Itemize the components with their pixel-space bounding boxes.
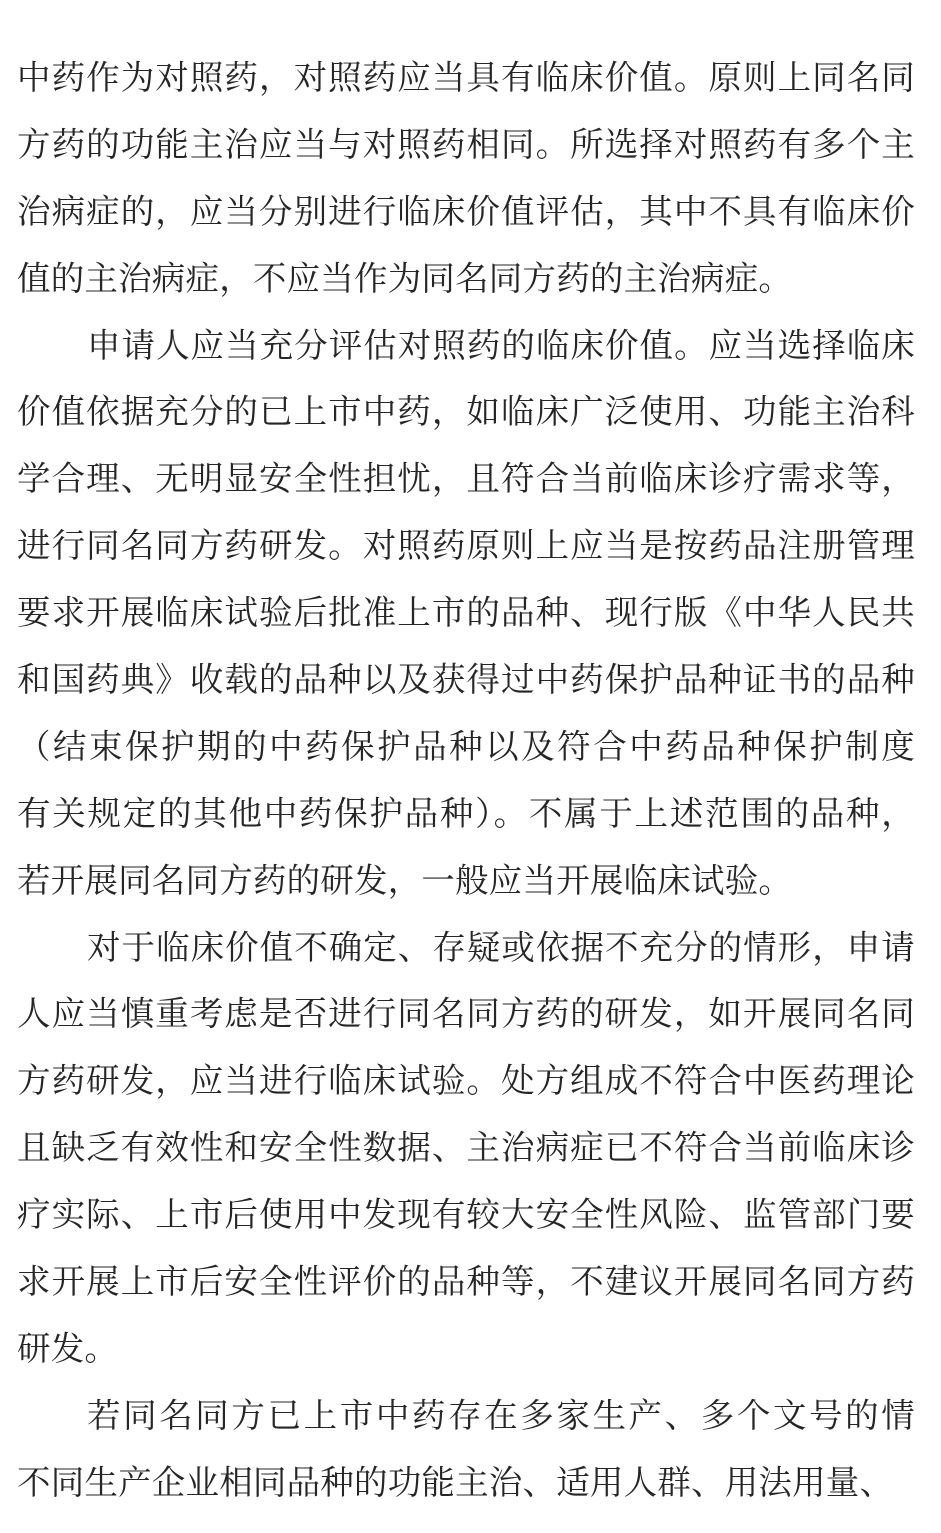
- document-body: 中药作为对照药，对照药应当具有临床价值。原则上同名同方药的功能主治应当与对照药相…: [17, 46, 921, 1518]
- text-line: 治病症的，应当分别进行临床价值评估，其中不具有临床价: [17, 180, 915, 247]
- text-line: 进行同名同方药研发。对照药原则上应当是按药品注册管理: [17, 514, 915, 581]
- text-line: 研发。: [17, 1317, 915, 1384]
- text-line: 且缺乏有效性和安全性数据、主治病症已不符合当前临床诊: [17, 1116, 915, 1183]
- text-line: 不同生产企业相同品种的功能主治、适用人群、用法用量、: [17, 1451, 915, 1518]
- paragraph-4: 若同名同方已上市中药存在多家生产、多个文号的情况，不同生产企业相同品种的功能主治…: [17, 1384, 921, 1518]
- text-line: 有关规定的其他中药保护品种）。不属于上述范围的品种，: [17, 782, 915, 849]
- text-line: 中药作为对照药，对照药应当具有临床价值。原则上同名同: [17, 46, 915, 113]
- document-page: 中药作为对照药，对照药应当具有临床价值。原则上同名同方药的功能主治应当与对照药相…: [0, 0, 941, 1533]
- text-line: 若开展同名同方药的研发，一般应当开展临床试验。: [17, 849, 915, 916]
- text-line: 人应当慎重考虑是否进行同名同方药的研发，如开展同名同: [17, 982, 915, 1049]
- text-line: 值的主治病症，不应当作为同名同方药的主治病症。: [17, 247, 915, 314]
- paragraph-1: 中药作为对照药，对照药应当具有临床价值。原则上同名同方药的功能主治应当与对照药相…: [17, 46, 921, 314]
- paragraph-2: 申请人应当充分评估对照药的临床价值。应当选择临床价值依据充分的已上市中药，如临床…: [17, 314, 921, 916]
- text-line: 若同名同方已上市中药存在多家生产、多个文号的情况，: [17, 1384, 915, 1451]
- text-line: 对于临床价值不确定、存疑或依据不充分的情形，申请: [17, 916, 915, 983]
- text-line: 学合理、无明显安全性担忧，且符合当前临床诊疗需求等，: [17, 447, 915, 514]
- paragraph-3: 对于临床价值不确定、存疑或依据不充分的情形，申请人应当慎重考虑是否进行同名同方药…: [17, 916, 921, 1384]
- text-line: 要求开展临床试验后批准上市的品种、现行版《中华人民共: [17, 581, 915, 648]
- text-line: （结束保护期的中药保护品种以及符合中药品种保护制度: [17, 715, 915, 782]
- text-line: 方药的功能主治应当与对照药相同。所选择对照药有多个主: [17, 113, 915, 180]
- text-line: 方药研发，应当进行临床试验。处方组成不符合中医药理论: [17, 1049, 915, 1116]
- text-line: 疗实际、上市后使用中发现有较大安全性风险、监管部门要: [17, 1183, 915, 1250]
- text-line: 和国药典》收载的品种以及获得过中药保护品种证书的品种: [17, 648, 915, 715]
- text-line: 价值依据充分的已上市中药，如临床广泛使用、功能主治科: [17, 380, 915, 447]
- text-line: 申请人应当充分评估对照药的临床价值。应当选择临床: [17, 314, 915, 381]
- text-line: 求开展上市后安全性评价的品种等，不建议开展同名同方药: [17, 1250, 915, 1317]
